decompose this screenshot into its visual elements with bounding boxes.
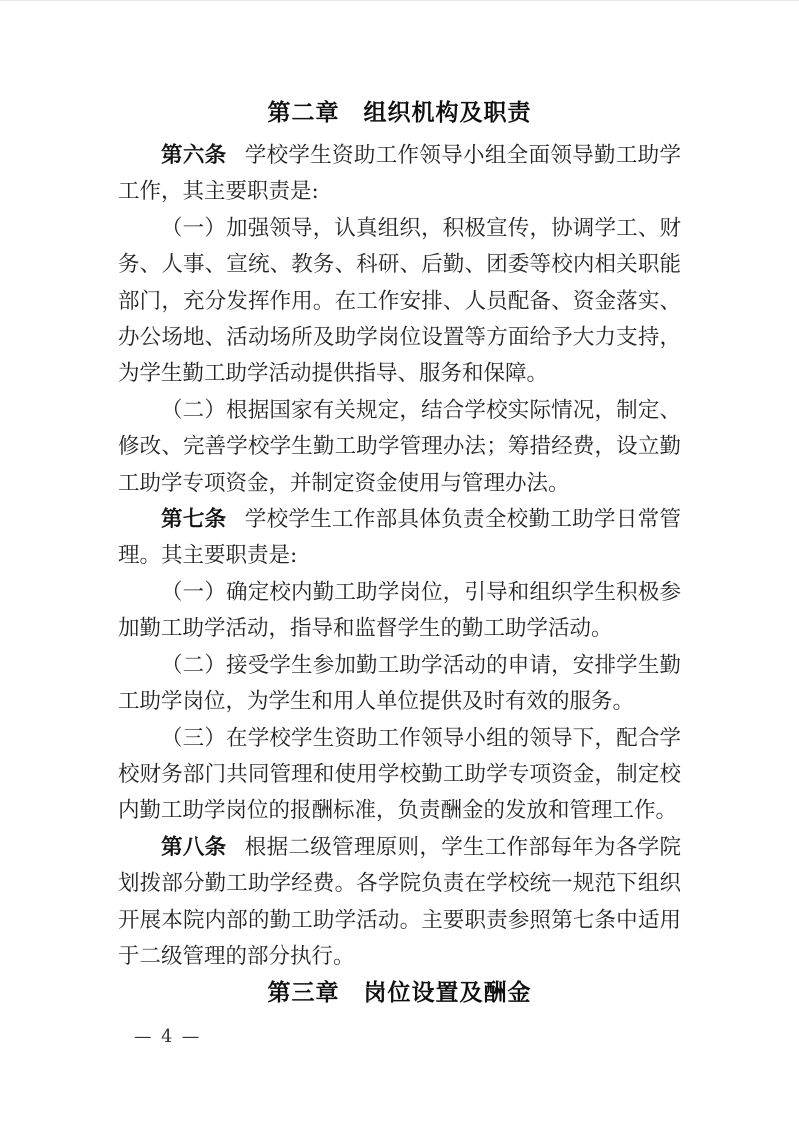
article-6-item-2: （二）根据国家有关规定，结合学校实际情况，制定、修改、完善学校学生勤工助学管理办… [118,393,681,502]
chapter-2-heading: 第二章 组织机构及职责 [118,97,681,129]
article-6-label: 第六条 [161,143,226,168]
page-content: 第二章 组织机构及职责 第六条学校学生资助工作领导小组全面领导勤工助学工作，其主… [118,97,681,1009]
article-7-paragraph: 第七条学校学生工作部具体负责全校勤工助学日常管理。其主要职责是: [118,502,681,575]
article-6-item-1: （一）加强领导，认真组织，积极宣传，协调学工、财务、人事、宣统、教务、科研、后勤… [118,211,681,393]
document-page: 第二章 组织机构及职责 第六条学校学生资助工作领导小组全面领导勤工助学工作，其主… [0,0,799,1130]
chapter-3-heading: 第三章 岗位设置及酬金 [118,977,681,1009]
article-6-paragraph: 第六条学校学生资助工作领导小组全面领导勤工助学工作，其主要职责是: [118,138,681,211]
article-8-label: 第八条 [161,835,226,860]
article-7-item-3: （三）在学校学生资助工作领导小组的领导下，配合学校财务部门共同管理和使用学校勤工… [118,721,681,830]
article-7-item-1: （一）确定校内勤工助学岗位，引导和组织学生积极参加勤工助学活动，指导和监督学生的… [118,575,681,648]
page-number: — 4 — [134,1027,201,1047]
article-8-paragraph: 第八条根据二级管理原则，学生工作部每年为各学院划拨部分勤工助学经费。各学院负责在… [118,830,681,976]
article-7-item-2: （二）接受学生参加勤工助学活动的申请，安排学生勤工助学岗位，为学生和用人单位提供… [118,648,681,721]
article-7-label: 第七条 [161,507,226,532]
